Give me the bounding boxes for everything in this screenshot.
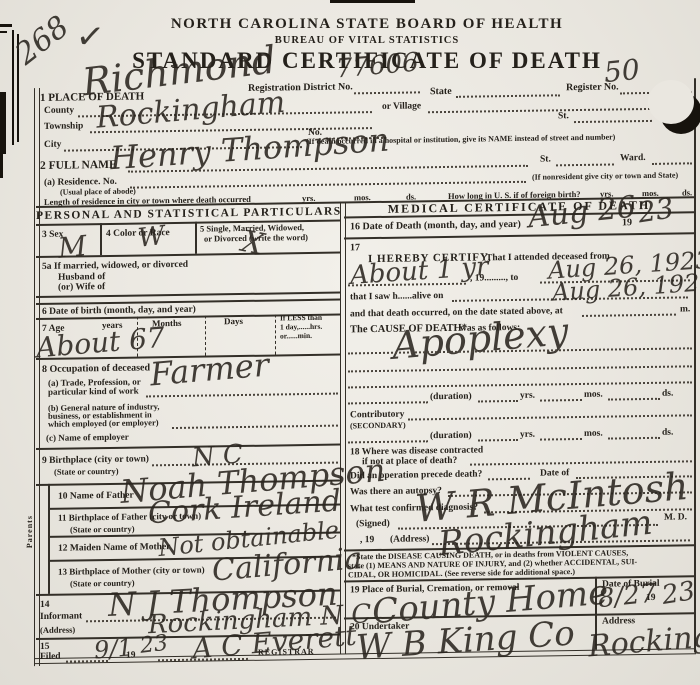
parents-bracket [48,484,50,594]
dotted-line [146,392,338,398]
duration-ds-label: ds. [662,389,673,400]
duration-ds-label: ds. [662,428,673,439]
informant-number: 14 [40,600,50,611]
sex-value-handwritten: M [57,232,88,263]
less-than-label: or......min. [280,332,312,341]
state-country-note: (State or country) [54,467,119,477]
filed-19-printed: 19 [126,651,136,662]
dotted-line [456,93,560,98]
dotted-line [540,437,582,441]
form-right-border [694,78,696,652]
dotted-line [574,119,652,123]
duration-label: (duration) [430,392,472,403]
dotted-line [652,161,692,165]
state-country-note: (State or country) [70,525,135,535]
certificate-form: Registration District No. 77606 State Re… [0,0,700,685]
signed-label: (Signed) [356,519,390,530]
column-divider [340,201,346,653]
secondary-label: (SECONDARY) [350,422,406,432]
employer-label: (c) Name of employer [46,433,129,444]
length-residence-label: Length of residence in city or town wher… [44,195,251,207]
county-label: County [44,105,74,116]
birthplace-label: 9 Birthplace (city or town) [42,454,149,466]
dotted-line [172,424,338,429]
st-label: St. [558,111,569,122]
dotted-line [348,380,692,388]
or-village-label: or Village [382,101,421,112]
date-of-death-year-handwritten: 23 [636,194,675,227]
dotted-line [608,436,660,440]
contributory-label: Contributory [350,410,404,421]
rule [36,444,340,450]
mother-birthplace-label: 13 Birthplace of Mother (city or town) [58,566,205,578]
rule [36,299,340,305]
cell-divider [100,223,102,255]
cell-divider [205,316,206,356]
md-label: M. D. [664,512,687,523]
occupation-label: 8 Occupation of deceased [42,362,150,375]
dotted-line [354,90,420,94]
yrs-label: yrs. [302,194,315,204]
dotted-line [428,107,666,114]
burial-year-handwritten: 23 [660,578,696,609]
state-label: State [430,86,452,97]
mos-label: mos. [354,193,371,203]
m-suffix: m. [680,304,690,315]
occupation-value-handwritten: Farmer [149,349,270,391]
dotted-line [478,438,518,442]
printed-19: 19 [622,217,632,228]
dotted-line [478,399,518,403]
to-19-label: , 19........., to [470,273,518,284]
saw-alive-label: that I saw h......alive on [350,291,443,303]
registrar-label: REGISTRAR [258,648,315,658]
dotted-line [408,413,692,420]
operation-label: Did an operation precede death? [350,469,482,481]
industry-label: which employed (or employer) [48,418,159,429]
duration-yrs-label: yrs. [520,391,535,402]
color-race-value-handwritten: W [137,223,166,252]
dotted-line [540,398,582,402]
residence-ward-label: Ward. [620,153,646,164]
city-label: City [44,140,61,151]
form-left-border [34,88,40,666]
signed-19-label: , 19 [360,535,374,546]
duration-yrs-label: yrs. [520,430,535,441]
filed-label: Filed [40,652,61,663]
scan-ink-blob-cover [648,80,694,124]
registration-district-value-handwritten: 77606 [335,50,419,83]
age-days-label: Days [224,317,243,327]
dotted-line [348,439,428,443]
physician-address-label: (Address) [390,534,429,545]
cause-of-death-value-handwritten: Apoplexy [391,312,570,365]
ds-label: ds. [682,188,692,197]
cell-divider [275,314,276,354]
mother-name-label: 12 Maiden Name of Mother [58,542,170,554]
printed-19: 19 [646,593,656,604]
dotted-line [130,180,526,189]
full-name-label: 2 FULL NAME [40,159,117,173]
duration-label: (duration) [430,431,472,442]
dotted-line [470,459,692,465]
trade-label: particular kind of work [48,387,139,398]
parents-label: Parents [26,515,35,548]
filed-number: 15 [40,642,50,653]
dotted-line [556,162,614,166]
death-certificate-scan: 268 ✓ NORTH CAROLINA STATE BOARD OF HEAL… [0,0,700,685]
date-of-death-label: 16 Date of Death (month, day, and year) [350,219,521,233]
dotted-line [608,397,660,401]
wife-of-label: (or) Wife of [58,282,105,293]
cell-divider [195,222,197,254]
dotted-line [582,313,676,317]
dotted-line [348,400,428,404]
register-no-value-handwritten: 50 [603,56,641,87]
nonresident-note: (If nonresident give city or town and St… [532,172,678,183]
informant-address-label: (Address) [40,625,75,635]
rule [344,232,694,239]
item-17-number: 17 [350,242,360,253]
residence-st-label: St. [540,154,551,165]
duration-mos-label: mos. [584,429,603,440]
township-label: Township [44,121,83,132]
marital-value-handwritten: X [239,227,266,261]
duration-mos-label: mos. [584,390,603,401]
date-of-death-value-handwritten: Aug 26 [527,193,637,234]
married-5a-label: 5a If married, widowed, or divorced [42,260,188,273]
disease-contracted-label: if not at place of death? [362,456,457,468]
informant-label: Informant [40,611,82,622]
